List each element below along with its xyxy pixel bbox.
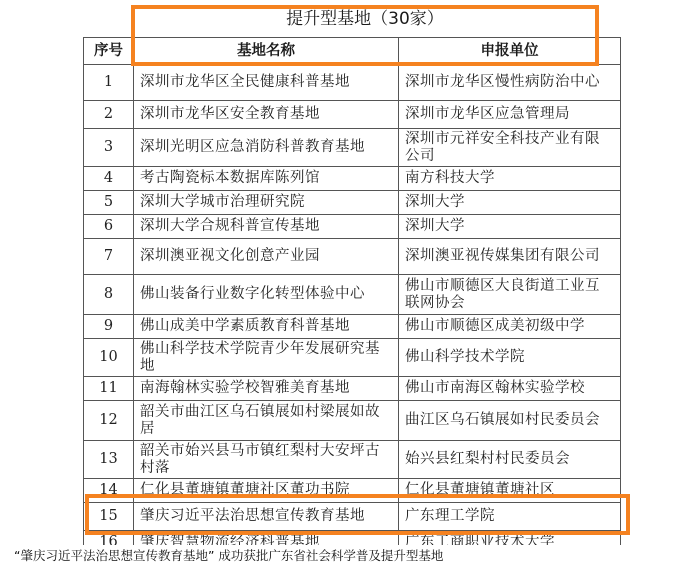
table-row: 4考古陶瓷标本数据库陈列馆南方科技大学 (84, 167, 621, 191)
table-row: 7深圳澳亚视文化创意产业园深圳澳亚视传媒集团有限公司 (84, 239, 621, 275)
serial-cell: 10 (84, 339, 134, 377)
image-caption: “肇庆习近平法治思想宣传教育基地” 成功获批广东省社会科学普及提升型基地 (14, 546, 443, 564)
serial-cell: 13 (84, 441, 134, 479)
table-row: 3深圳光明区应急消防科普教育基地深圳市元祥安全科技产业有限公司 (84, 129, 621, 167)
base-name-cell: 深圳光明区应急消防科普教育基地 (134, 129, 399, 167)
table-row: 2深圳市龙华区安全教育基地深圳市龙华区应急管理局 (84, 101, 621, 129)
applicant-cell: 深圳市元祥安全科技产业有限公司 (399, 129, 621, 167)
table-row: 13韶关市始兴县马市镇红梨村大安坪古村落始兴县红梨村村民委员会 (84, 441, 621, 479)
applicant-cell: 深圳澳亚视传媒集团有限公司 (399, 239, 621, 275)
applicant-cell: 深圳市龙华区慢性病防治中心 (399, 65, 621, 101)
base-name-cell: 佛山科学技术学院青少年发展研究基地 (134, 339, 399, 377)
applicant-cell: 佛山市南海区翰林实验学校 (399, 377, 621, 401)
applicant-cell: 深圳市龙华区应急管理局 (399, 101, 621, 129)
serial-cell: 7 (84, 239, 134, 275)
serial-cell: 1 (84, 65, 134, 101)
applicant-cell: 曲江区乌石镇展如村民委员会 (399, 401, 621, 441)
table-row: 5深圳大学城市治理研究院深圳大学 (84, 191, 621, 215)
base-name-cell: 深圳市龙华区安全教育基地 (134, 101, 399, 129)
serial-cell: 8 (84, 275, 134, 315)
applicant-cell: 始兴县红梨村村民委员会 (399, 441, 621, 479)
serial-cell: 3 (84, 129, 134, 167)
serial-cell: 5 (84, 191, 134, 215)
base-name-cell: 深圳大学合规科普宣传基地 (134, 215, 399, 239)
highlight-box-title (131, 5, 599, 66)
applicant-cell: 佛山市顺德区成美初级中学 (399, 315, 621, 339)
table-row: 11南海翰林实验学校智雅美育基地佛山市南海区翰林实验学校 (84, 377, 621, 401)
table-row: 10佛山科学技术学院青少年发展研究基地佛山科学技术学院 (84, 339, 621, 377)
header-serial: 序号 (84, 38, 134, 65)
applicant-cell: 深圳大学 (399, 191, 621, 215)
applicant-cell: 佛山市顺德区大良街道工业互联网协会 (399, 275, 621, 315)
base-name-cell: 韶关市曲江区乌石镇展如村梁展如故居 (134, 401, 399, 441)
highlight-box-row-15 (85, 494, 630, 535)
serial-cell: 6 (84, 215, 134, 239)
serial-cell: 2 (84, 101, 134, 129)
base-name-cell: 佛山成美中学素质教育科普基地 (134, 315, 399, 339)
base-name-cell: 深圳澳亚视文化创意产业园 (134, 239, 399, 275)
base-name-cell: 考古陶瓷标本数据库陈列馆 (134, 167, 399, 191)
base-name-cell: 深圳大学城市治理研究院 (134, 191, 399, 215)
applicant-cell: 南方科技大学 (399, 167, 621, 191)
table-row: 9佛山成美中学素质教育科普基地佛山市顺德区成美初级中学 (84, 315, 621, 339)
serial-cell: 9 (84, 315, 134, 339)
base-name-cell: 佛山装备行业数字化转型体验中心 (134, 275, 399, 315)
table-row: 12韶关市曲江区乌石镇展如村梁展如故居曲江区乌石镇展如村民委员会 (84, 401, 621, 441)
base-name-cell: 南海翰林实验学校智雅美育基地 (134, 377, 399, 401)
base-list-table: 序号 基地名称 申报单位 1深圳市龙华区全民健康科普基地深圳市龙华区慢性病防治中… (83, 37, 621, 555)
table-row: 8佛山装备行业数字化转型体验中心佛山市顺德区大良街道工业互联网协会 (84, 275, 621, 315)
serial-cell: 11 (84, 377, 134, 401)
applicant-cell: 深圳大学 (399, 215, 621, 239)
applicant-cell: 佛山科学技术学院 (399, 339, 621, 377)
table-row: 6深圳大学合规科普宣传基地深圳大学 (84, 215, 621, 239)
base-name-cell: 韶关市始兴县马市镇红梨村大安坪古村落 (134, 441, 399, 479)
table-row: 1深圳市龙华区全民健康科普基地深圳市龙华区慢性病防治中心 (84, 65, 621, 101)
serial-cell: 12 (84, 401, 134, 441)
base-name-cell: 深圳市龙华区全民健康科普基地 (134, 65, 399, 101)
serial-cell: 4 (84, 167, 134, 191)
